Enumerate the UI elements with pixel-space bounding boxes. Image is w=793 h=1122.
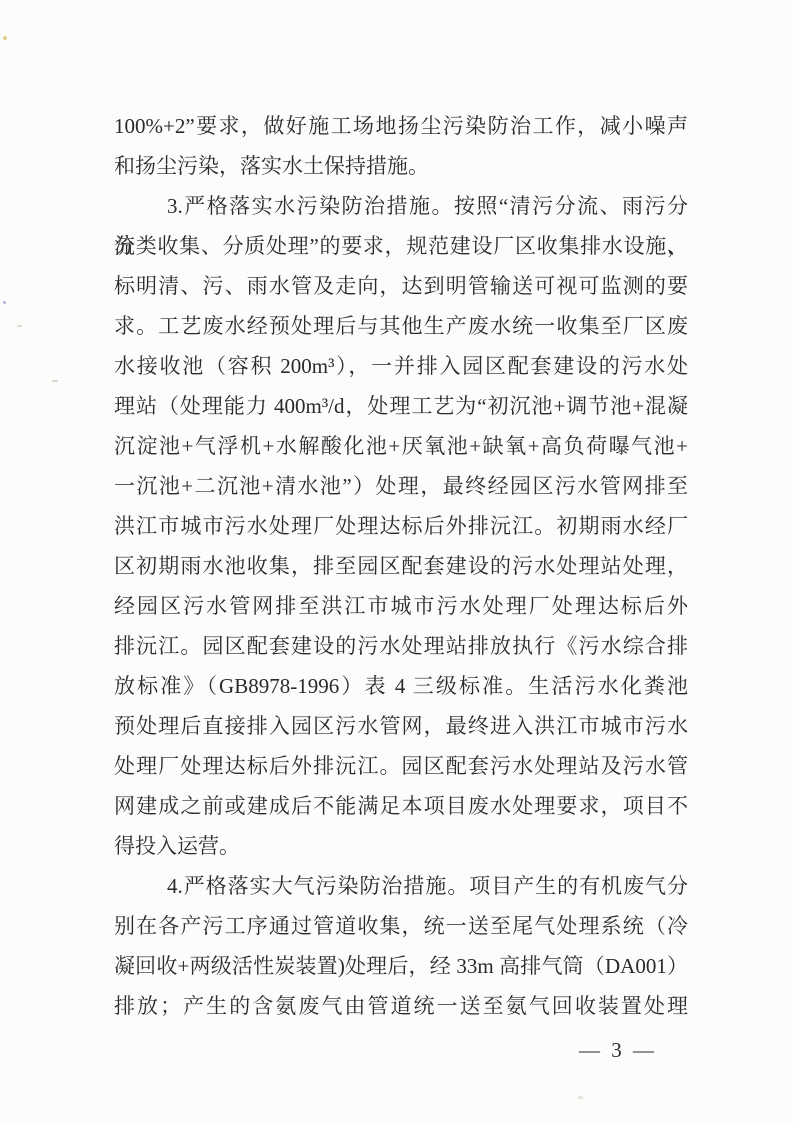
scan-speckle	[578, 1096, 583, 1099]
text-line: 一沉池+二沉池+清水池”）处理，最终经园区污水管网排至	[114, 466, 688, 506]
text-line: 100%+2”要求，做好施工场地扬尘污染防治工作，减小噪声	[114, 106, 688, 146]
scan-speckle	[3, 36, 7, 40]
text-line: 和扬尘污染，落实水土保持措施。	[114, 146, 688, 186]
text-line: 沉淀池+气浮机+水解酸化池+厌氧池+缺氧+高负荷曝气池+	[114, 426, 688, 466]
scan-speckle	[17, 325, 22, 327]
text-line: 排放；产生的含氨废气由管道统一送至氨气回收装置处理	[114, 986, 688, 1026]
text-line: 排沅江。园区配套建设的污水处理站排放执行《污水综合排	[114, 626, 688, 666]
scan-speckle	[52, 380, 58, 382]
text-line: 网建成之前或建成后不能满足本项目废水处理要求，项目不	[114, 786, 688, 826]
text-line: 放标准》（GB8978-1996）表 4 三级标准。生活污水化粪池	[114, 666, 688, 706]
text-line: 得投入运营。	[114, 826, 688, 866]
text-line: 经园区污水管网排至洪江市城市污水处理厂处理达标后外	[114, 586, 688, 626]
scanned-document-page: 100%+2”要求，做好施工场地扬尘污染防治工作，减小噪声 和扬尘污染，落实水土…	[0, 0, 793, 1122]
text-line: 凝回收+两级活性炭装置)处理后，经 33m 高排气筒（DA001）	[114, 946, 688, 986]
text-line: 水接收池（容积 200m³），一并排入园区配套建设的污水处	[114, 346, 688, 386]
scan-speckle	[3, 301, 6, 304]
document-body-text: 100%+2”要求，做好施工场地扬尘污染防治工作，减小噪声 和扬尘污染，落实水土…	[114, 106, 688, 1026]
text-line: 洪江市城市污水处理厂处理达标后外排沅江。初期雨水经厂	[114, 506, 688, 546]
text-line: 别在各产污工序通过管道收集，统一送至尾气处理系统（冷	[114, 906, 688, 946]
text-line: 标明清、污、雨水管及走向，达到明管输送可视可监测的要	[114, 266, 688, 306]
page-number: — 3 —	[579, 1038, 657, 1063]
text-line-paragraph-4-start: 4.严格落实大气污染防治措施。项目产生的有机废气分	[114, 866, 688, 906]
text-line: 预处理后直接排入园区污水管网，最终进入洪江市城市污水	[114, 706, 688, 746]
text-line-paragraph-3-start: 3.严格落实水污染防治措施。按照“清污分流、雨污分流、	[114, 186, 688, 226]
text-line: 区初期雨水池收集，排至园区配套建设的污水处理站处理，	[114, 546, 688, 586]
text-line: 求。工艺废水经预处理后与其他生产废水统一收集至厂区废	[114, 306, 688, 346]
text-line: 理站（处理能力 400m³/d，处理工艺为“初沉池+调节池+混凝	[114, 386, 688, 426]
text-line: 分类收集、分质处理”的要求，规范建设厂区收集排水设施，	[114, 226, 688, 266]
text-line: 处理厂处理达标后外排沅江。园区配套污水处理站及污水管	[114, 746, 688, 786]
